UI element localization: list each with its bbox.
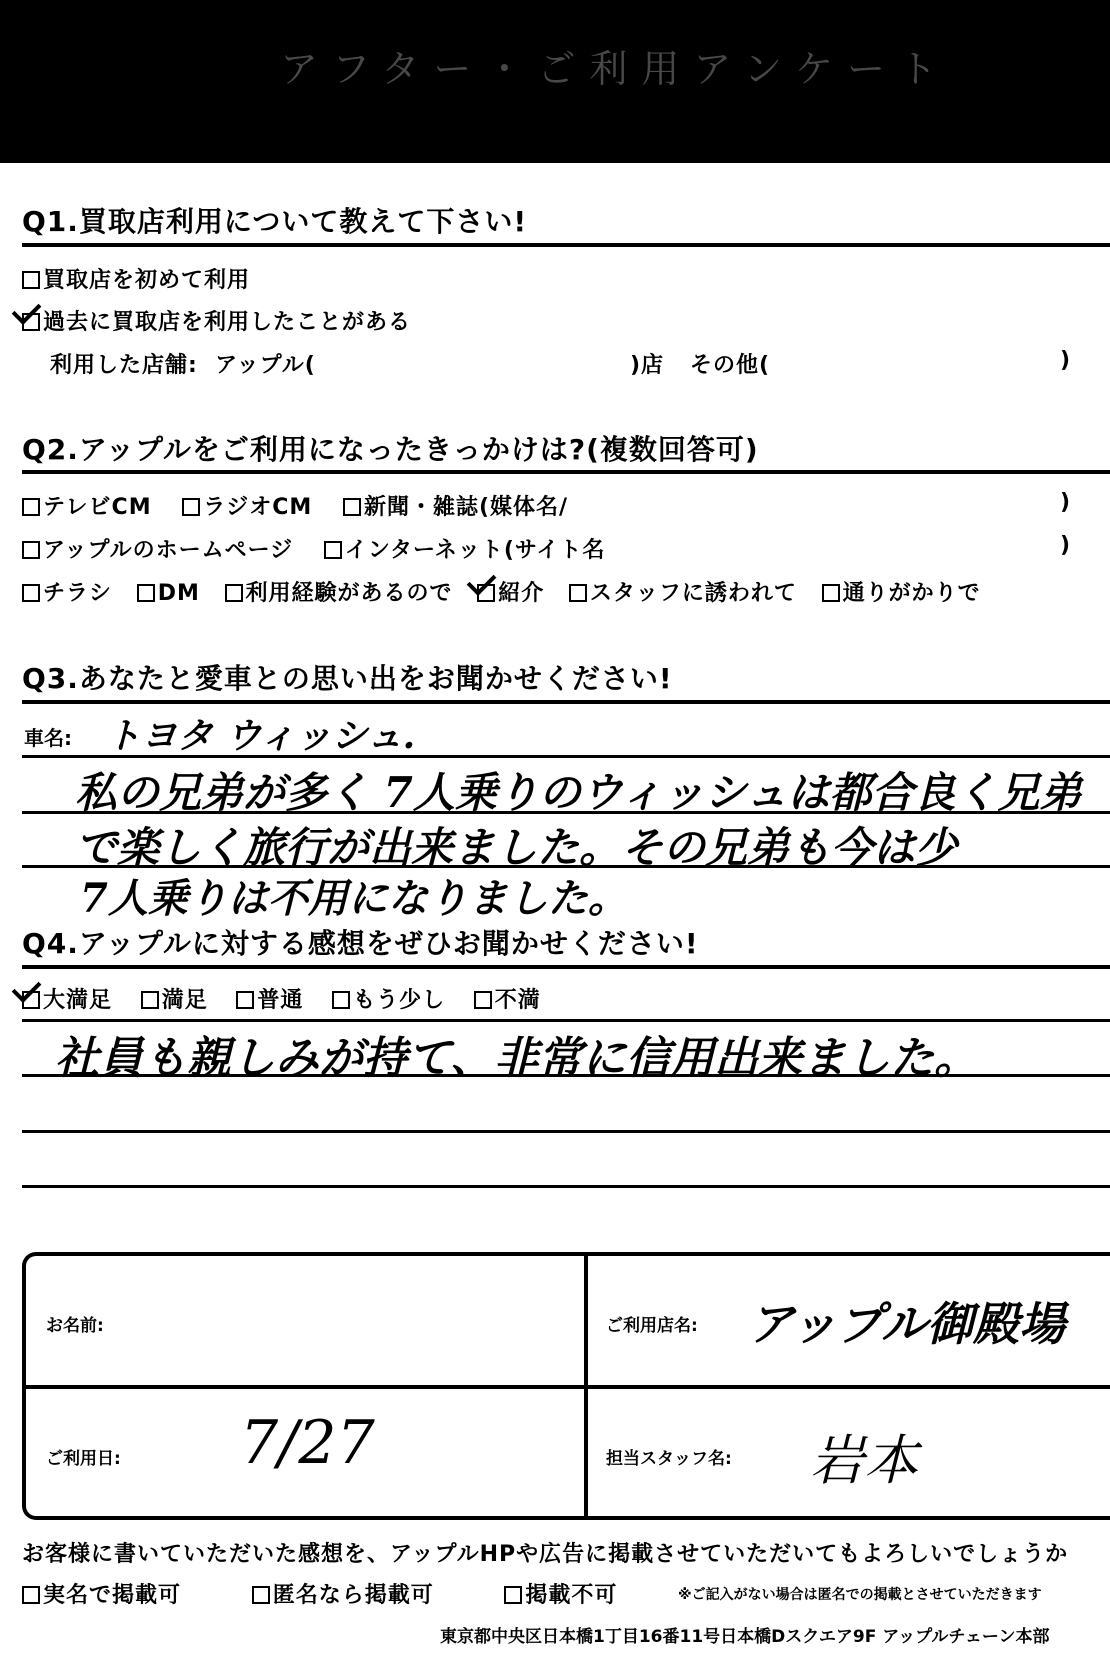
rating-very-satisfied[interactable]: 大満足 bbox=[22, 988, 112, 1013]
store-name-label: ご利用店名: bbox=[606, 1311, 698, 1336]
option-label: 通りがかりで bbox=[843, 581, 981, 606]
rating-could-improve[interactable]: もう少し bbox=[332, 988, 445, 1013]
rating-dissatisfied[interactable]: 不満 bbox=[474, 988, 541, 1013]
checkbox-checked[interactable] bbox=[477, 584, 495, 602]
date-value[interactable]: 7/27 bbox=[240, 1408, 375, 1478]
store-other-label: その他( bbox=[690, 353, 770, 378]
staff-name-value[interactable]: 岩本 bbox=[810, 1418, 918, 1495]
option-label: 利用経験があるので bbox=[246, 581, 453, 606]
q1-option-used-before[interactable]: 過去に買取店を利用したことがある bbox=[22, 305, 411, 336]
name-label: お名前: bbox=[46, 1311, 104, 1336]
option-label: 実名で掲載可 bbox=[43, 1583, 181, 1608]
q2-option-flyer[interactable]: チラシ bbox=[22, 581, 112, 606]
consent-anonymous[interactable]: 匿名なら掲載可 bbox=[252, 1583, 434, 1608]
q2-row2-close: ) bbox=[1060, 533, 1070, 558]
q4-ratings: 大満足 満足 普通 もう少し 不満 bbox=[22, 983, 541, 1014]
checkbox-first-time[interactable] bbox=[22, 271, 40, 289]
q2-option-experience[interactable]: 利用経験があるので bbox=[225, 581, 453, 606]
option-label: インターネット(サイト名 bbox=[345, 538, 606, 563]
q1-rule bbox=[22, 243, 1110, 247]
consent-not-allowed[interactable]: 掲載不可 bbox=[504, 1583, 617, 1608]
q1-option-label: 買取店を初めて利用 bbox=[43, 268, 250, 293]
checkbox[interactable] bbox=[324, 541, 342, 559]
q2-option-newspaper[interactable]: 新聞・雑誌(媒体名/ bbox=[343, 495, 568, 520]
option-label: 大満足 bbox=[43, 988, 112, 1013]
q2-option-dm[interactable]: DM bbox=[137, 581, 200, 606]
q3-line-2 bbox=[22, 811, 1110, 814]
checkbox[interactable] bbox=[141, 991, 159, 1009]
q4-line-2 bbox=[22, 1074, 1110, 1077]
staff-name-label: 担当スタッフ名: bbox=[606, 1444, 732, 1469]
q1-option-first-time[interactable]: 買取店を初めて利用 bbox=[22, 263, 250, 294]
option-label: 満足 bbox=[162, 988, 208, 1013]
date-label: ご利用日: bbox=[46, 1444, 121, 1469]
checkbox[interactable] bbox=[225, 584, 243, 602]
q4-line-3 bbox=[22, 1130, 1110, 1133]
q4-rule bbox=[22, 965, 1110, 969]
option-label: 紹介 bbox=[498, 581, 544, 606]
header-band: アフター・ご利用アンケート bbox=[0, 0, 1110, 163]
checkbox[interactable] bbox=[137, 584, 155, 602]
checkbox[interactable] bbox=[504, 1586, 522, 1604]
q1-store-row: 利用した店舗: アップル( bbox=[50, 348, 316, 379]
consent-options: 実名で掲載可 匿名なら掲載可 掲載不可 bbox=[22, 1578, 617, 1609]
q2-row-1: テレビCM ラジオCM 新聞・雑誌(媒体名/ bbox=[22, 490, 568, 521]
consent-real-name[interactable]: 実名で掲載可 bbox=[22, 1583, 181, 1608]
option-label: 普通 bbox=[257, 988, 303, 1013]
info-box-divider-vertical bbox=[584, 1252, 588, 1520]
car-name-label: 車名: bbox=[24, 722, 72, 751]
checkbox[interactable] bbox=[343, 498, 361, 516]
checkbox[interactable] bbox=[22, 541, 40, 559]
option-label: もう少し bbox=[353, 988, 445, 1013]
checkbox-used-before-checked[interactable] bbox=[22, 313, 40, 331]
checkbox[interactable] bbox=[332, 991, 350, 1009]
q2-row-3: チラシ DM 利用経験があるので 紹介 スタッフに誘われて 通りがかりで bbox=[22, 576, 981, 607]
option-label: 匿名なら掲載可 bbox=[273, 1583, 434, 1608]
q3-rule bbox=[22, 700, 1110, 704]
store-name-value[interactable]: アップル御殿場 bbox=[748, 1288, 1065, 1354]
q1-store-suffix: )店 その他( bbox=[630, 348, 770, 379]
option-label: テレビCM bbox=[43, 495, 152, 520]
footer-address: 東京都中央区日本橋1丁目16番11号日本橋Dスクエア9F アップルチェーン本部 bbox=[440, 1622, 1050, 1647]
option-label: DM bbox=[158, 581, 200, 606]
checkbox-checked[interactable] bbox=[22, 991, 40, 1009]
info-box-divider-horizontal bbox=[22, 1385, 1110, 1389]
store-prefix-label: 利用した店舗: bbox=[50, 353, 198, 378]
option-label: 不満 bbox=[495, 988, 541, 1013]
consent-question: お客様に書いていただいた感想を、アップルHPや広告に掲載させていただいてもよろし… bbox=[22, 1537, 1068, 1568]
consent-note: ※ご記入がない場合は匿名での掲載とさせていただきます bbox=[678, 1584, 1042, 1604]
rating-normal[interactable]: 普通 bbox=[236, 988, 303, 1013]
store-other-close: ) bbox=[1060, 348, 1070, 373]
q3-line-1 bbox=[22, 755, 1110, 758]
q2-option-referral[interactable]: 紹介 bbox=[477, 581, 544, 606]
rating-satisfied[interactable]: 満足 bbox=[141, 988, 208, 1013]
checkbox[interactable] bbox=[22, 498, 40, 516]
q2-row1-close: ) bbox=[1060, 490, 1070, 515]
q2-option-radio[interactable]: ラジオCM bbox=[182, 495, 312, 520]
header-title: アフター・ご利用アンケート bbox=[280, 38, 951, 93]
option-label: 掲載不可 bbox=[525, 1583, 617, 1608]
q4-title: Q4.アップルに対する感想をぜひお聞かせください! bbox=[22, 922, 699, 962]
option-label: ラジオCM bbox=[203, 495, 312, 520]
q2-row-2: アップルのホームページ インターネット(サイト名 bbox=[22, 533, 605, 564]
q3-answer-line-3[interactable]: 7人乗りは不用になりました。 bbox=[80, 867, 628, 924]
q1-title: Q1.買取店利用について教えて下さい! bbox=[22, 200, 527, 240]
q2-option-staff[interactable]: スタッフに誘われて bbox=[569, 581, 797, 606]
option-label: スタッフに誘われて bbox=[590, 581, 797, 606]
q3-title: Q3.あなたと愛車との思い出をお聞かせください! bbox=[22, 657, 673, 697]
checkbox[interactable] bbox=[236, 991, 254, 1009]
store-apple-label: アップル( bbox=[215, 353, 316, 378]
store-apple-suffix: )店 bbox=[630, 353, 664, 378]
checkbox[interactable] bbox=[182, 498, 200, 516]
q2-option-internet[interactable]: インターネット(サイト名 bbox=[324, 538, 606, 563]
checkbox[interactable] bbox=[22, 1586, 40, 1604]
checkbox[interactable] bbox=[569, 584, 587, 602]
checkbox[interactable] bbox=[474, 991, 492, 1009]
option-label: アップルのホームページ bbox=[43, 538, 293, 563]
q2-option-tv[interactable]: テレビCM bbox=[22, 495, 152, 520]
q2-option-homepage[interactable]: アップルのホームページ bbox=[22, 538, 293, 563]
q4-line-4 bbox=[22, 1185, 1110, 1188]
q1-option-label: 過去に買取店を利用したことがある bbox=[43, 310, 411, 335]
option-label: 新聞・雑誌(媒体名/ bbox=[364, 495, 568, 520]
checkbox[interactable] bbox=[22, 584, 40, 602]
q2-option-passing-by[interactable]: 通りがかりで bbox=[822, 581, 981, 606]
q2-rule bbox=[22, 470, 1110, 474]
checkbox[interactable] bbox=[252, 1586, 270, 1604]
option-label: チラシ bbox=[43, 581, 112, 606]
car-name-value[interactable]: トヨタ ウィッシュ. bbox=[105, 708, 415, 759]
checkbox[interactable] bbox=[822, 584, 840, 602]
q2-title: Q2.アップルをご利用になったきっかけは?(複数回答可) bbox=[22, 428, 759, 468]
